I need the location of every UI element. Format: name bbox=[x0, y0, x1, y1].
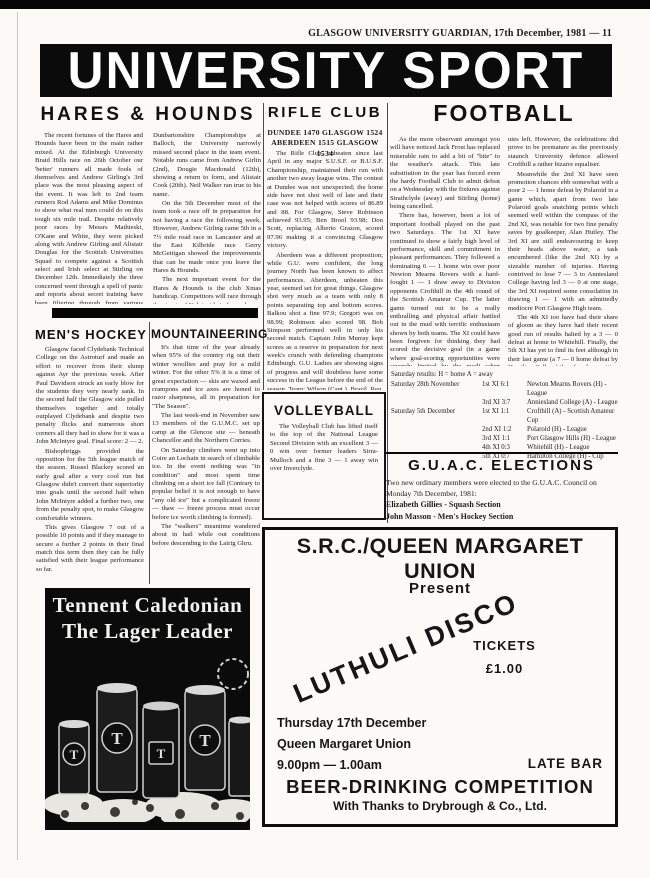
article-paragraph: Meanwhile the 2nd XI have seen promotion… bbox=[508, 171, 618, 313]
rifle-club-article: The Rifle Club, unbeaten since last Apri… bbox=[267, 150, 383, 390]
football-title: FOOTBALL bbox=[390, 100, 618, 127]
rifle-club-title: RIFLE CLUB bbox=[266, 104, 384, 121]
disco-ad-competition: BEER-DRINKING COMPETITION bbox=[265, 776, 615, 798]
fixture-result: 3rd XI 1:1 bbox=[482, 435, 524, 444]
fixture-detail: Port Glasgow Hills (H) - League bbox=[527, 435, 618, 444]
svg-text:T: T bbox=[70, 747, 79, 762]
fixture-row: Saturday 5th December 1st XI 1:1 Crofthi… bbox=[391, 408, 618, 426]
disco-ad-venue: Queen Margaret Union bbox=[277, 734, 426, 755]
svg-text:T: T bbox=[111, 729, 123, 748]
fixture-row: 3rd XI 1:1 Port Glasgow Hills (H) - Leag… bbox=[391, 435, 618, 444]
newspaper-page: GLASGOW UNIVERSITY GUARDIAN, 17th Decemb… bbox=[0, 0, 650, 878]
fixture-detail: Crofthill (A) - Scottish Amateur Cup bbox=[527, 408, 618, 426]
article-paragraph: On Saturday climbers went up into Coire … bbox=[152, 447, 260, 522]
column-rule-hockey-mountaineering bbox=[149, 322, 150, 584]
fixture-row: 2nd XI 1:2 Polaroid (H) - League bbox=[391, 426, 618, 435]
disco-ad-date: Thursday 17th December bbox=[277, 713, 426, 734]
disco-ad-thanks: With Thanks to Drybrough & Co., Ltd. bbox=[265, 799, 615, 813]
article-paragraph: Bishopbriggs provided the opposition for… bbox=[36, 448, 144, 523]
fixture-row: Saturday 28th November 1st XI 6:1 Newton… bbox=[391, 381, 618, 399]
guac-intro: Two new ordinary members were elected to… bbox=[386, 477, 618, 499]
article-paragraph: The Rifle Club, unbeaten since last Apri… bbox=[267, 150, 383, 251]
article-column: The recent fortunes of the Hares and Hou… bbox=[35, 132, 143, 304]
fixture-result: 3rd XI 3:7 bbox=[482, 399, 524, 408]
article-paragraph: This gives Glasgow 7 out of a possible 1… bbox=[36, 524, 144, 574]
page-top-rule bbox=[0, 0, 650, 9]
article-paragraph: Glasgow faced Clydebank Technical Colleg… bbox=[36, 346, 144, 447]
fixture-date bbox=[391, 426, 479, 435]
disco-ad-present: Present bbox=[265, 580, 615, 597]
fixture-date bbox=[391, 399, 479, 408]
tennent-ad-line2: The Lager Leader bbox=[45, 619, 250, 645]
mens-hockey-article: Glasgow faced Clydebank Technical Colleg… bbox=[36, 346, 144, 584]
volleyball-article: The Volleyball Club has lifted itself to… bbox=[270, 423, 378, 503]
fixture-date bbox=[391, 435, 479, 444]
article-paragraph: utes left. However, the celebrations did… bbox=[508, 136, 618, 170]
scan-edge-artifact bbox=[17, 12, 18, 860]
tickets-label: TICKETS bbox=[457, 634, 552, 657]
fixture-date: Saturday 5th December bbox=[391, 408, 479, 426]
fixture-result: 1st XI 1:1 bbox=[482, 408, 524, 426]
guac-elections-article: Two new ordinary members were elected to… bbox=[386, 477, 618, 522]
article-paragraph: The last week-end in November saw 13 mem… bbox=[152, 412, 260, 446]
fixture-detail: Polaroid (H) - League bbox=[527, 426, 618, 435]
score-line: DUNDEE 1470 GLASGOW 1524 bbox=[264, 128, 386, 138]
tennent-ad-line1: Tennent Caledonian bbox=[45, 593, 250, 619]
disco-ad-tickets: TICKETS £1.00 bbox=[457, 634, 552, 680]
article-paragraph: It's that time of the year already when … bbox=[152, 344, 260, 411]
article-paragraph: There has, however, been a lot of import… bbox=[390, 212, 500, 366]
article-paragraph: The 4th XI too have had their share of g… bbox=[508, 314, 618, 366]
hares-hounds-article: The recent fortunes of the Hares and Hou… bbox=[35, 132, 261, 304]
fixture-result: 2nd XI 1:2 bbox=[482, 426, 524, 435]
article-paragraph: Dunbartonshire Championships at Balloch,… bbox=[153, 132, 261, 199]
tennent-lager-ad: Tennent Caledonian The Lager Leader bbox=[45, 588, 250, 830]
mountaineering-article: It's that time of the year already when … bbox=[152, 344, 260, 582]
hares-hounds-title: HARES & HOUNDS bbox=[35, 104, 261, 126]
article-column: utes left. However, the celebrations did… bbox=[508, 136, 618, 366]
article-paragraph: As the more observant amongst you will h… bbox=[390, 136, 500, 211]
tennent-ad-headline: Tennent Caledonian The Lager Leader bbox=[45, 588, 250, 644]
article-paragraph: The next important event for the Hares &… bbox=[153, 276, 261, 304]
mens-hockey-title: MEN'S HOCKEY bbox=[35, 327, 147, 342]
svg-text:T: T bbox=[199, 731, 211, 750]
fixtures-note: Saturday results: H = home A = away bbox=[391, 371, 618, 380]
article-paragraph: The recent fortunes of the Hares and Hou… bbox=[35, 132, 143, 304]
section-banner: UNIVERSITY SPORT bbox=[40, 44, 612, 97]
masthead: GLASGOW UNIVERSITY GUARDIAN, 17th Decemb… bbox=[308, 28, 612, 39]
disco-ad-time: 9.00pm — 1.00am bbox=[277, 755, 426, 776]
article-paragraph: Aberdeen was a different proposition; wh… bbox=[267, 252, 383, 391]
article-column: As the more observant amongst you will h… bbox=[390, 136, 500, 366]
fixture-result: 1st XI 6:1 bbox=[482, 381, 524, 399]
disco-ad-details: Thursday 17th December Queen Margaret Un… bbox=[277, 713, 426, 776]
section-divider-bar bbox=[52, 308, 258, 318]
disco-ad-late-bar: LATE BAR bbox=[528, 756, 603, 771]
fixture-row: 3rd XI 3:7 Anniesland College (A) - Leag… bbox=[391, 399, 618, 408]
football-article: As the more observant amongst you will h… bbox=[390, 136, 618, 366]
guac-elections-title: G.U.A.C. ELECTIONS bbox=[385, 457, 618, 474]
volleyball-box: VOLLEYBALL The Volleyball Club has lifte… bbox=[262, 392, 386, 520]
svg-text:T: T bbox=[157, 746, 166, 761]
fixture-date: Saturday 28th November bbox=[391, 381, 479, 399]
article-paragraph: The "walkers" meantime wandered about in… bbox=[152, 523, 260, 548]
disco-ad-organiser: S.R.C./QUEEN MARGARET UNION bbox=[265, 534, 615, 584]
guac-elected-member: Elizabeth Gillies - Squash Section bbox=[386, 499, 618, 511]
fixture-detail: Newton Mearns Rovers (H) - League bbox=[527, 381, 618, 399]
mountaineering-title: MOUNTAINEERING bbox=[151, 327, 261, 341]
banner-title: UNIVERSITY SPORT bbox=[40, 44, 612, 97]
guac-top-rule bbox=[385, 452, 618, 454]
article-paragraph: On the 5th December most of the team too… bbox=[153, 200, 261, 275]
luthuli-disco-ad: S.R.C./QUEEN MARGARET UNION Present LUTH… bbox=[262, 527, 618, 827]
beer-cans-illustration: T T T T bbox=[45, 654, 250, 822]
article-paragraph: The Volleyball Club has lifted itself to… bbox=[270, 423, 378, 473]
guac-elected-member: John Masson - Men's Hockey Section bbox=[386, 511, 618, 523]
football-fixtures: Saturday results: H = home A = away Satu… bbox=[391, 371, 618, 462]
ticket-price: £1.00 bbox=[457, 657, 552, 680]
article-column: Dunbartonshire Championships at Balloch,… bbox=[153, 132, 261, 304]
fixture-detail: Anniesland College (A) - League bbox=[527, 399, 618, 408]
volleyball-title: VOLLEYBALL bbox=[264, 403, 384, 418]
